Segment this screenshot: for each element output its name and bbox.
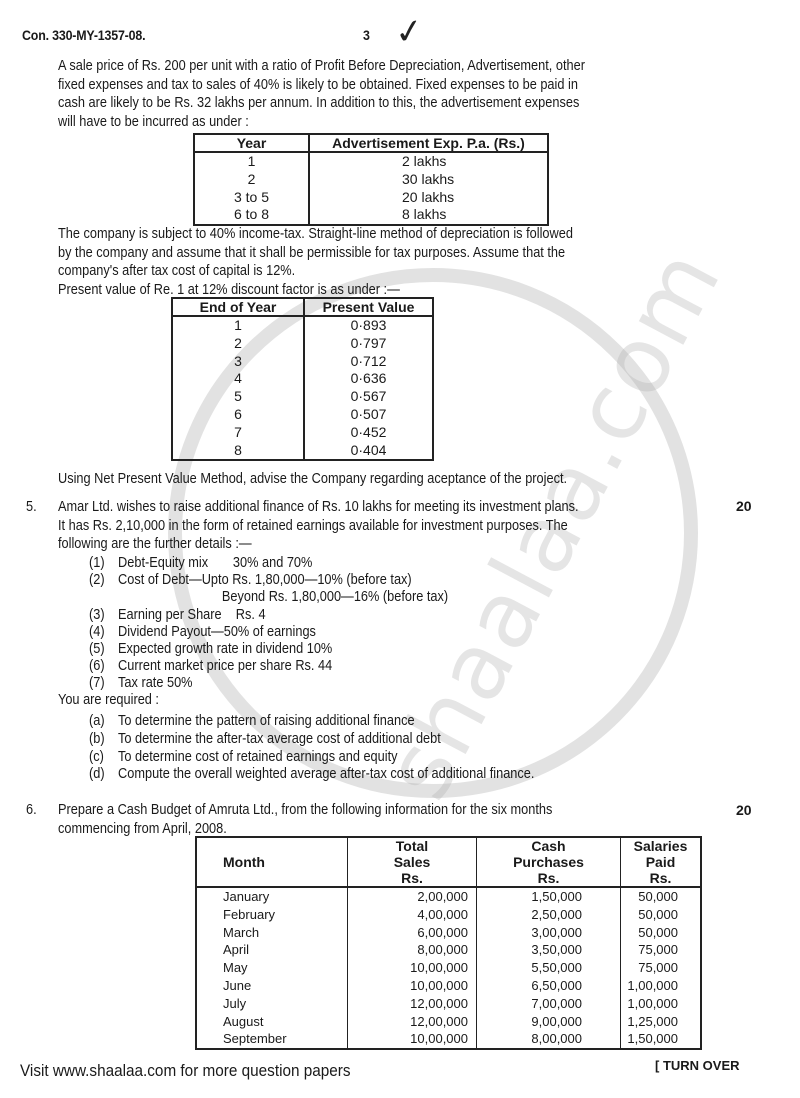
salaries-paid-cell: 50,000	[621, 924, 702, 942]
table-row: 30·712	[172, 353, 433, 371]
present-value-cell: 0·636	[304, 370, 433, 388]
salaries-paid-cell: 50,000	[621, 906, 702, 924]
header-line: Month	[223, 854, 343, 870]
q5-number: 5.	[26, 498, 37, 517]
cash-purchases-cell: 8,00,000	[477, 1030, 621, 1049]
q6-number: 6.	[26, 801, 37, 820]
advertisement-amount-cell: 8 lakhs	[309, 206, 548, 225]
total-sales-cell: 8,00,000	[348, 941, 477, 959]
table-row: April8,00,0003,50,00075,000	[196, 941, 701, 959]
year-cell: 1	[172, 316, 304, 335]
requirement-item: (a)To determine the pattern of raising a…	[89, 712, 534, 730]
detail-text: Expected growth rate in dividend 10%	[118, 641, 332, 657]
detail-item: Beyond Rs. 1,80,000—16% (before tax)	[89, 588, 448, 605]
total-sales-cell: 4,00,000	[348, 906, 477, 924]
requirement-text: To determine cost of retained earnings a…	[118, 749, 397, 765]
salaries-paid-cell: 1,50,000	[621, 1030, 702, 1049]
table-row: 10·893	[172, 316, 433, 335]
cash-purchases-cell: 6,50,000	[477, 977, 621, 995]
header-line: Purchases	[481, 854, 616, 870]
header-line: Rs.	[481, 870, 616, 886]
table-row: 20·797	[172, 335, 433, 353]
present-value-cell: 0·893	[304, 316, 433, 335]
header-line: Sales	[352, 854, 472, 870]
paper-code: Con. 330-MY-1357-08.	[22, 28, 145, 43]
requirement-item: (b)To determine the after-tax average co…	[89, 730, 534, 748]
present-value-cell: 0·507	[304, 406, 433, 424]
q4-closing: Using Net Present Value Method, advise t…	[58, 470, 567, 489]
year-cell: 6	[172, 406, 304, 424]
q5-intro: Amar Ltd. wishes to raise additional fin…	[58, 498, 579, 554]
table-row: 40·636	[172, 370, 433, 388]
q4-intro-line: cash are likely to be Rs. 32 lakhs per a…	[58, 94, 585, 113]
year-cell: 8	[172, 442, 304, 461]
advertisement-expense-table: Year Advertisement Exp. P.a. (Rs.) 12 la…	[193, 133, 549, 226]
month-cell: April	[196, 941, 348, 959]
salaries-paid-cell: 1,00,000	[621, 977, 702, 995]
question-paper-page: shaalaa.com Con. 330-MY-1357-08. 3 ✓ A s…	[0, 0, 800, 1098]
requirement-item: (d)Compute the overall weighted average …	[89, 765, 534, 783]
cash-table-header: TotalSalesRs.	[348, 837, 477, 887]
table-row: 12 lakhs	[194, 152, 548, 171]
month-cell: September	[196, 1030, 348, 1049]
salaries-paid-cell: 1,25,000	[621, 1013, 702, 1031]
requirement-letter: (d)	[89, 765, 118, 784]
page-number: 3	[363, 28, 370, 43]
q5-details-list: (1)Debt-Equity mix 30% and 70%(2)Cost of…	[89, 554, 448, 692]
table-row: 70·452	[172, 424, 433, 442]
total-sales-cell: 6,00,000	[348, 924, 477, 942]
q5-required-label: You are required :	[58, 691, 159, 710]
table-row: 3 to 520 lakhs	[194, 189, 548, 207]
requirement-text: To determine the pattern of raising addi…	[118, 713, 415, 729]
table-header: Year	[194, 134, 309, 152]
total-sales-cell: 10,00,000	[348, 959, 477, 977]
detail-text: Current market price per share Rs. 44	[118, 658, 332, 674]
detail-item: (5)Expected growth rate in dividend 10%	[89, 640, 448, 657]
year-cell: 2	[194, 171, 309, 189]
cash-table-header: CashPurchasesRs.	[477, 837, 621, 887]
header-line: Total	[352, 838, 472, 854]
q5-requirements-list: (a)To determine the pattern of raising a…	[89, 712, 534, 783]
detail-item: (2)Cost of Debt—Upto Rs. 1,80,000—10% (b…	[89, 571, 448, 588]
total-sales-cell: 2,00,000	[348, 887, 477, 906]
cash-purchases-cell: 9,00,000	[477, 1013, 621, 1031]
q4-tax-text: The company is subject to 40% income-tax…	[58, 225, 573, 299]
table-row: September10,00,0008,00,0001,50,000	[196, 1030, 701, 1049]
total-sales-cell: 10,00,000	[348, 977, 477, 995]
detail-number: (5)	[89, 640, 118, 659]
cash-table-header: Month	[196, 837, 348, 887]
checkmark-icon: ✓	[392, 10, 426, 54]
table-header: Present Value	[304, 298, 433, 316]
requirement-text: To determine the after-tax average cost …	[118, 731, 441, 747]
year-cell: 4	[172, 370, 304, 388]
total-sales-cell: 12,00,000	[348, 995, 477, 1013]
detail-text: Cost of Debt—Upto Rs. 1,80,000—10% (befo…	[118, 572, 412, 588]
q4-intro-line: will have to be incurred as under :	[58, 113, 585, 132]
cash-purchases-cell: 3,50,000	[477, 941, 621, 959]
year-cell: 2	[172, 335, 304, 353]
advertisement-amount-cell: 30 lakhs	[309, 171, 548, 189]
cash-budget-table: MonthTotalSalesRs.CashPurchasesRs.Salari…	[195, 836, 702, 1050]
q4-tax-line: The company is subject to 40% income-tax…	[58, 225, 573, 244]
turn-over-label: [ TURN OVER	[655, 1058, 740, 1073]
salaries-paid-cell: 1,00,000	[621, 995, 702, 1013]
detail-text: Debt-Equity mix 30% and 70%	[118, 555, 312, 571]
salaries-paid-cell: 75,000	[621, 959, 702, 977]
month-cell: February	[196, 906, 348, 924]
table-row: March6,00,0003,00,00050,000	[196, 924, 701, 942]
month-cell: May	[196, 959, 348, 977]
detail-text: Dividend Payout—50% of earnings	[118, 624, 316, 640]
year-cell: 1	[194, 152, 309, 171]
table-row: 6 to 88 lakhs	[194, 206, 548, 225]
detail-number: (4)	[89, 623, 118, 642]
table-row: 60·507	[172, 406, 433, 424]
detail-text: Earning per Share Rs. 4	[118, 607, 266, 623]
total-sales-cell: 12,00,000	[348, 1013, 477, 1031]
detail-item: (1)Debt-Equity mix 30% and 70%	[89, 554, 448, 571]
table-row: August12,00,0009,00,0001,25,000	[196, 1013, 701, 1031]
detail-item: (6)Current market price per share Rs. 44	[89, 657, 448, 674]
present-value-cell: 0·452	[304, 424, 433, 442]
cash-purchases-cell: 1,50,000	[477, 887, 621, 906]
requirement-letter: (b)	[89, 730, 118, 749]
present-value-cell: 0·404	[304, 442, 433, 461]
q6-marks: 20	[736, 802, 752, 818]
salaries-paid-cell: 75,000	[621, 941, 702, 959]
advertisement-amount-cell: 2 lakhs	[309, 152, 548, 171]
month-cell: August	[196, 1013, 348, 1031]
cash-purchases-cell: 7,00,000	[477, 995, 621, 1013]
year-cell: 3	[172, 353, 304, 371]
detail-number: (1)	[89, 554, 118, 573]
requirement-item: (c)To determine cost of retained earning…	[89, 748, 534, 766]
table-row: January2,00,0001,50,00050,000	[196, 887, 701, 906]
table-row: 230 lakhs	[194, 171, 548, 189]
cash-purchases-cell: 5,50,000	[477, 959, 621, 977]
q5-intro-line: Amar Ltd. wishes to raise additional fin…	[58, 498, 579, 517]
table-header: Advertisement Exp. P.a. (Rs.)	[309, 134, 548, 152]
table-row: 80·404	[172, 442, 433, 461]
year-cell: 7	[172, 424, 304, 442]
detail-text: Tax rate 50%	[118, 675, 192, 691]
q5-intro-line: It has Rs. 2,10,000 in the form of retai…	[58, 517, 579, 536]
header-line: Salaries Paid	[625, 838, 696, 870]
cash-purchases-cell: 3,00,000	[477, 924, 621, 942]
detail-item: (4)Dividend Payout—50% of earnings	[89, 623, 448, 640]
table-header: End of Year	[172, 298, 304, 316]
q4-tax-line: company's after tax cost of capital is 1…	[58, 262, 573, 281]
header-line: Cash	[481, 838, 616, 854]
q6-intro: Prepare a Cash Budget of Amruta Ltd., fr…	[58, 801, 552, 838]
month-cell: January	[196, 887, 348, 906]
present-value-cell: 0·567	[304, 388, 433, 406]
table-row: February4,00,0002,50,00050,000	[196, 906, 701, 924]
q4-intro-line: fixed expenses and tax to sales of 40% i…	[58, 76, 585, 95]
present-value-cell: 0·797	[304, 335, 433, 353]
cash-table-header: Salaries PaidRs.	[621, 837, 702, 887]
advertisement-amount-cell: 20 lakhs	[309, 189, 548, 207]
table-row: May10,00,0005,50,00075,000	[196, 959, 701, 977]
detail-number: (2)	[89, 571, 118, 590]
detail-number: (6)	[89, 657, 118, 676]
present-value-table: End of Year Present Value 10·89320·79730…	[171, 297, 434, 461]
q5-intro-line: following are the further details :—	[58, 535, 579, 554]
q4-intro: A sale price of Rs. 200 per unit with a …	[58, 57, 585, 131]
table-row: June10,00,0006,50,0001,00,000	[196, 977, 701, 995]
year-cell: 6 to 8	[194, 206, 309, 225]
total-sales-cell: 10,00,000	[348, 1030, 477, 1049]
requirement-text: Compute the overall weighted average aft…	[118, 766, 534, 782]
header-line: Rs.	[625, 870, 696, 886]
q6-intro-line: Prepare a Cash Budget of Amruta Ltd., fr…	[58, 801, 552, 820]
requirement-letter: (a)	[89, 712, 118, 731]
year-cell: 3 to 5	[194, 189, 309, 207]
header-line: Rs.	[352, 870, 472, 886]
table-row: July12,00,0007,00,0001,00,000	[196, 995, 701, 1013]
q4-intro-line: A sale price of Rs. 200 per unit with a …	[58, 57, 585, 76]
detail-number: (3)	[89, 606, 118, 625]
requirement-letter: (c)	[89, 748, 118, 767]
cash-purchases-cell: 2,50,000	[477, 906, 621, 924]
q5-marks: 20	[736, 498, 752, 514]
detail-item: (3)Earning per Share Rs. 4	[89, 606, 448, 623]
q4-tax-line: by the company and assume that it shall …	[58, 244, 573, 263]
table-row: 50·567	[172, 388, 433, 406]
present-value-cell: 0·712	[304, 353, 433, 371]
salaries-paid-cell: 50,000	[621, 887, 702, 906]
month-cell: July	[196, 995, 348, 1013]
footer-visit-text: Visit www.shaalaa.com for more question …	[20, 1061, 351, 1081]
month-cell: March	[196, 924, 348, 942]
detail-item: (7)Tax rate 50%	[89, 674, 448, 691]
year-cell: 5	[172, 388, 304, 406]
month-cell: June	[196, 977, 348, 995]
detail-text: Beyond Rs. 1,80,000—16% (before tax)	[118, 589, 448, 605]
